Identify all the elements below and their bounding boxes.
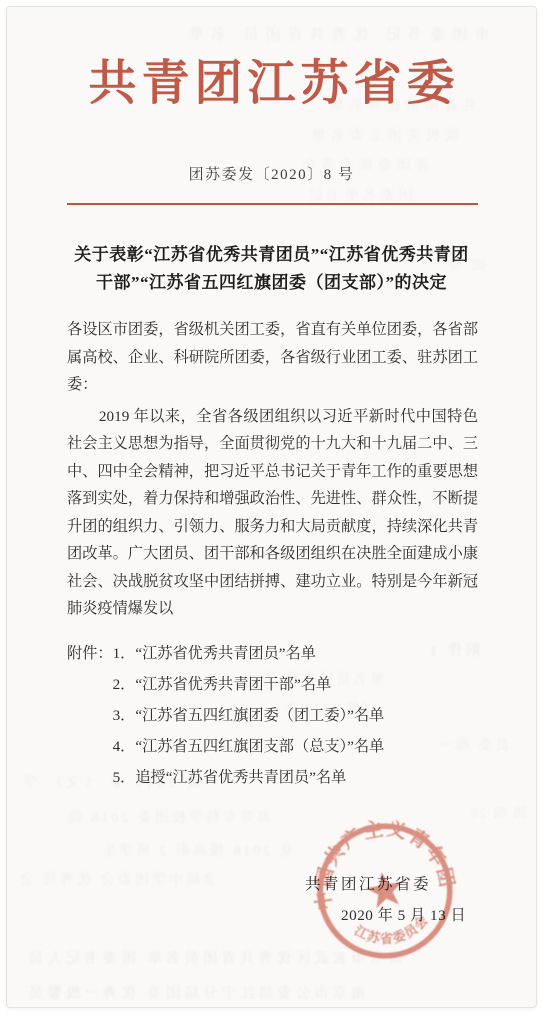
bleedthrough-text: 团 级 20 bbox=[469, 802, 527, 821]
bleedthrough-text: 市团委书记 优秀共青团员 名单 bbox=[182, 23, 490, 44]
issuer-signature: 共青团江苏省委 bbox=[305, 872, 431, 894]
attachment-item: 4．“江苏省五四红旗团支部（总支）”名单 bbox=[113, 731, 385, 762]
attachment-item: 2．“江苏省优秀共青团干部”名单 bbox=[113, 669, 385, 700]
bleedthrough-text: 金陵中学团委会 优秀员 会 bbox=[17, 869, 217, 889]
seal-ring-text: 中国共产主义青年团 bbox=[300, 806, 459, 913]
attachments-label: 附件： bbox=[67, 638, 113, 793]
bleedthrough-text: 业 2016 级高职 2 班学生 bbox=[99, 840, 294, 860]
document-body: 各设区市团委，省级机关团工委，省直有关单位团委，各省部属高校、企业、科研院所团委… bbox=[67, 316, 478, 623]
attachments-block: 附件： 1．“江苏省优秀共青团员”名单 2．“江苏省优秀共青团干部”名单 3．“… bbox=[67, 638, 487, 793]
bleedthrough-text: 南京市玄武区优秀共青团员名单 团委书记人员 bbox=[25, 947, 403, 968]
bleedthrough-text: 高等专科学校团委 2016 级 bbox=[65, 807, 271, 827]
document-title-line2: 干部”“江苏省五四红旗团委（团支部）”的决定 bbox=[47, 269, 496, 297]
attachment-item: 1．“江苏省优秀共青团员”名单 bbox=[113, 638, 385, 669]
document-title-line1: 关于表彰“江苏省优秀共青团员”“江苏省优秀共青团 bbox=[47, 241, 496, 269]
svg-text:中国共产主义青年团: 中国共产主义青年团 bbox=[300, 806, 459, 913]
page: 共青团江苏省委 团苏委发〔2020〕8 号 关于表彰“江苏省优秀共青团员”“江苏… bbox=[6, 6, 537, 1008]
attachments-list: 1．“江苏省优秀共青团员”名单 2．“江苏省优秀共青团干部”名单 3．“江苏省五… bbox=[113, 638, 385, 793]
attachment-item: 5．追授“江苏省优秀共青团员”名单 bbox=[113, 762, 385, 793]
issue-date: 2020 年 5 月 13 日 bbox=[341, 904, 466, 925]
screenshot-stage: 共青团江苏省委 团苏委发〔2020〕8 号 关于表彰“江苏省优秀共青团员”“江苏… bbox=[0, 0, 543, 1014]
red-divider-line bbox=[67, 203, 478, 205]
bleedthrough-text: 团委名单书记 bbox=[305, 185, 413, 205]
body-paragraph: 2019 年以来，全省各级团组织以习近平新时代中国特色社会主义思想为指导，全面贯… bbox=[67, 403, 478, 623]
attachment-item: 3．“江苏省五四红旗团委（团工委）”名单 bbox=[113, 700, 385, 731]
bleedthrough-text: 级机关团工委名单 bbox=[307, 125, 459, 145]
document-number: 团苏委发〔2020〕8 号 bbox=[7, 165, 536, 185]
document-title: 关于表彰“江苏省优秀共青团员”“江苏省优秀共青团 干部”“江苏省五四红旗团委（团… bbox=[47, 241, 496, 297]
letterhead-title: 共青团江苏省委 bbox=[7, 53, 536, 115]
addressee-paragraph: 各设区市团委，省级机关团工委，省直有关单位团委，各省部属高校、企业、科研院所团委… bbox=[67, 316, 478, 399]
bleedthrough-text: 南京市公安局江宁分局团委 优秀一级警员 bbox=[25, 982, 366, 1003]
